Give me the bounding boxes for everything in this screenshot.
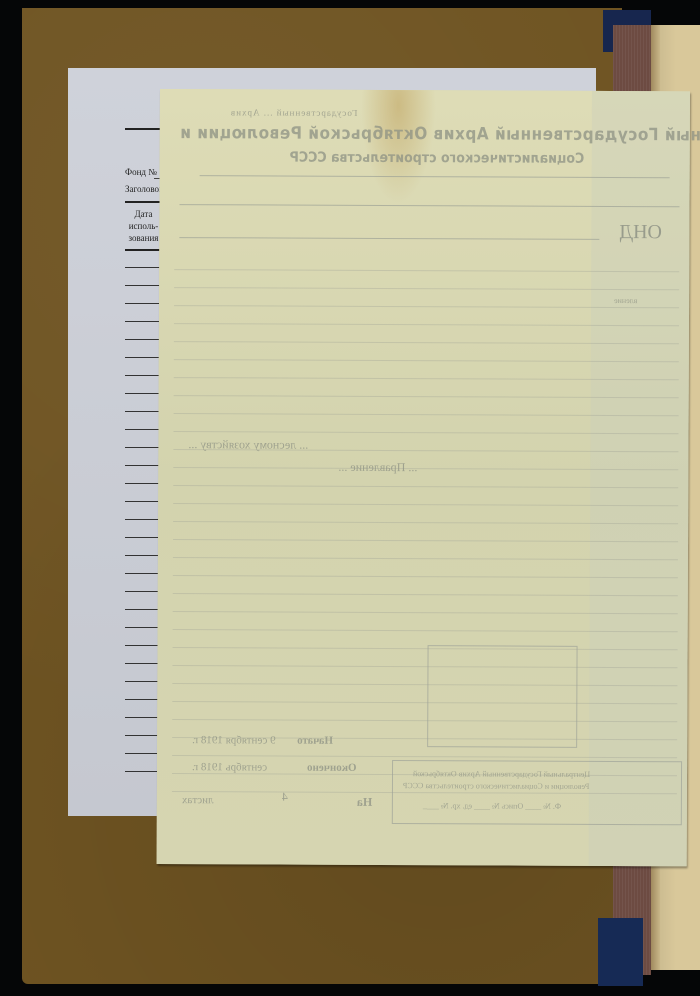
faint-stamp-upper — [427, 645, 577, 748]
mid-line-2: ... Правление ... — [338, 460, 417, 475]
cover-page: Государственный ... Архив Центральный Го… — [157, 89, 690, 866]
blue-tab-bottom — [598, 918, 643, 986]
okoncheno-label: Окончено — [307, 762, 357, 774]
header-small: Государственный ... Архив — [230, 107, 357, 118]
nachato-label: Начато — [297, 735, 333, 747]
fond-label: Фонд № — [125, 167, 157, 177]
na-value: 4 — [282, 790, 288, 805]
date-column-header: Дата исполь-зования — [125, 208, 162, 244]
fond-fragment: ОНД — [619, 221, 662, 244]
archive-stamp: Центральный Государственный Архив Октябр… — [392, 760, 682, 825]
mid-line-1: ... лесному хозяйству ... — [188, 437, 308, 453]
stamp-line1: Центральный Государственный Архив Октябр… — [413, 769, 590, 779]
listah-label: листах — [182, 794, 214, 806]
rule — [179, 237, 599, 240]
okoncheno-value: сентябрь 1918 г. — [192, 761, 267, 773]
archive-header-line1: Центральный Государственный Архив Октябр… — [180, 123, 700, 146]
stamp-line2: Революции и Социалистического строительс… — [403, 781, 589, 791]
archive-header-line2: Социалистического строительства СССР — [290, 150, 585, 167]
small-fragment: вление — [614, 296, 637, 305]
na-label: На — [357, 795, 372, 810]
nachato-value: 9 сентября 1918 г. — [192, 734, 275, 746]
stamp-line3: Ф. № ____ Опись № ____ ед. хр. № ____ — [423, 801, 561, 811]
